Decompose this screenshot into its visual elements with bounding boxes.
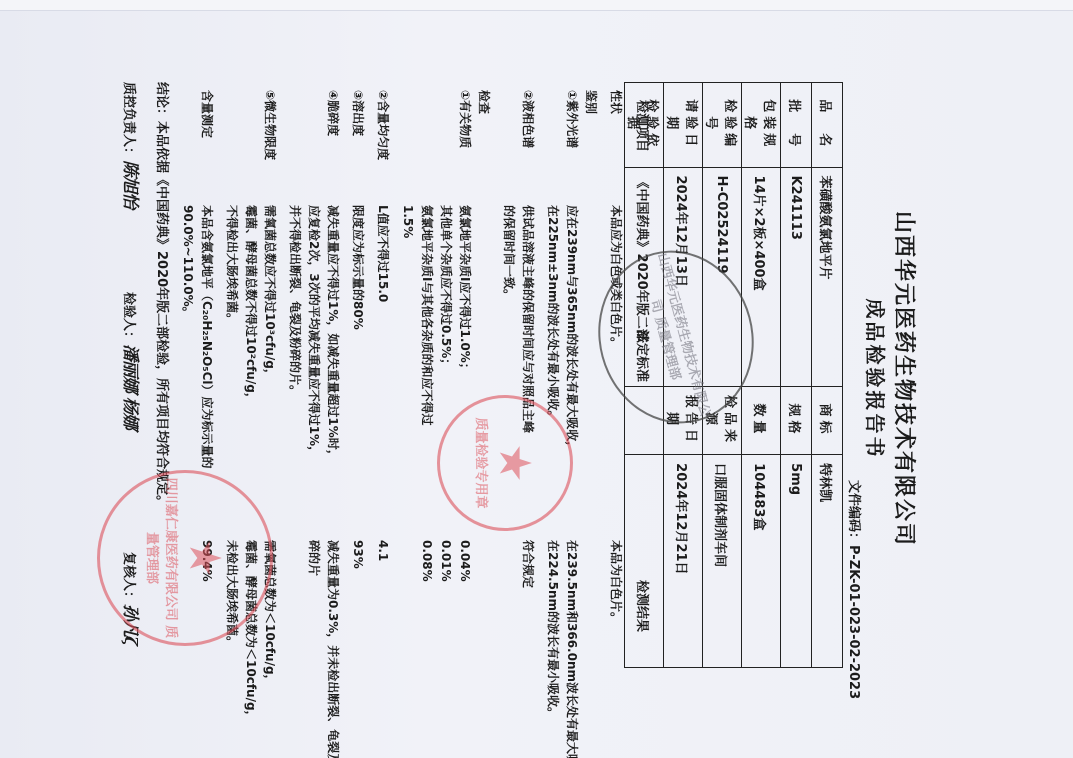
test-result: 0.04%0.01%0.08% — [398, 540, 493, 755]
info-value: 2024年12月21日 — [664, 455, 703, 668]
info-row: 品 名苯磺酸氨氯地平片商标特林凯 — [812, 83, 843, 668]
test-standard: 限度应为标示量的80% — [348, 205, 367, 535]
info-value: 口服固体制剂车间 — [703, 455, 742, 668]
reviewer-signature: 复核人：孙凡ζ — [120, 552, 145, 645]
info-row: 批 号K241113规格5mg — [781, 83, 812, 668]
info-row: 请验日期2024年12月13日报告日期2024年12月21日 — [664, 83, 703, 668]
info-label: 规格 — [781, 386, 812, 454]
info-value: 苯磺酸氨氯地平片 — [812, 167, 843, 386]
test-result: 93% — [348, 540, 367, 755]
test-standard: 本品含氨氯地平（C₂₀H₂₅N₂O₅Cl）应为标示量的90.0%~110.0%。 — [178, 205, 216, 535]
info-value: K241113 — [781, 167, 812, 386]
info-label: 品 名 — [812, 83, 843, 168]
test-standard: 应在239nm与365nm的波长处有最大吸收，在225nm±3nm的波长处有最小… — [543, 205, 600, 535]
test-result: 本品为白色片。 — [606, 540, 625, 755]
test-standard: 减失重量应不得过1%，如减失重量超过1%时，应复检2次，3次的平均减失重量应不得… — [285, 205, 342, 535]
info-row: 包装规格14片×2板×400盒数量104483盒 — [742, 83, 781, 668]
info-value: 特林凯 — [812, 455, 843, 668]
document-number: 文件编码：P-ZK-01-023-02-2023 — [846, 480, 865, 699]
test-item-name: 鉴别①紫外光谱 — [562, 90, 600, 200]
test-item-name: ②液相色谱 — [518, 90, 537, 200]
test-item-name: 含量测定 — [197, 90, 216, 200]
info-value: 14片×2板×400盒 — [742, 167, 781, 386]
test-standard: 本品应为白色或类白色片。 — [606, 205, 625, 535]
info-label: 检品来源 — [703, 386, 742, 454]
report-title: 成品检验报告书 — [862, 0, 891, 758]
info-label: 包装规格 — [742, 83, 781, 168]
info-value: 2024年12月13日 — [664, 167, 703, 386]
handwritten-signature: 孙凡ζ — [120, 604, 140, 645]
test-item-name: 检查①有关物质 — [455, 90, 493, 200]
test-result: 符合规定 — [518, 540, 537, 755]
test-result: 需氧菌总数为＜10cfu/g，霉菌、酵母菌总数为＜10cfu/g，未检出大肠埃希… — [222, 540, 279, 755]
handwritten-signature: 陈旭怡 — [120, 160, 140, 208]
inspection-report-page: 山西华元医药生物技术有限公司 成品检验报告书 文件编码：P-ZK-01-023-… — [0, 0, 1073, 758]
product-info-table: 品 名苯磺酸氨氯地平片商标特林凯批 号K241113规格5mg包装规格14片×2… — [624, 82, 843, 668]
info-label: 报告日期 — [664, 386, 703, 454]
test-result: 4.1 — [373, 540, 392, 755]
test-result: 减失重量为0.3%，并未检出断裂、龟裂及粉碎的片 — [285, 540, 342, 755]
test-item-name: ②含量均匀度 — [373, 90, 392, 200]
info-value: H-C02524119 — [703, 167, 742, 386]
column-header-standard: 法定标准 — [634, 330, 653, 382]
test-item-name: 性状 — [606, 90, 625, 200]
test-standard: 氨氯地平杂质Ⅰ应不得过1.0%；其他单个杂质应不得过0.5%；氨氯地平杂质Ⅰ与其… — [398, 205, 493, 535]
info-label: 商标 — [812, 386, 843, 454]
info-value: 5mg — [781, 455, 812, 668]
info-label: 检验编号 — [703, 83, 742, 168]
column-header-item: 检测项目 — [634, 100, 653, 152]
company-name: 山西华元医药生物技术有限公司 — [890, 0, 921, 758]
qc-manager-signature: 质控负责人：陈旭怡 — [120, 82, 145, 208]
handwritten-signature: 潘丽娜 杨娜 — [120, 344, 140, 429]
test-standard: 供试品溶液主峰的保留时间应与对照品主峰的保留时间一致。 — [499, 205, 537, 535]
test-item-name: ③溶出度 — [348, 90, 367, 200]
info-value: 104483盒 — [742, 455, 781, 668]
info-row: 检验编号H-C02524119检品来源口服固体制剂车间 — [703, 83, 742, 668]
conclusion: 结论：本品依据《中国药典》2020年版二部检验，所有项目均符合规定。 — [154, 82, 173, 508]
test-result: 99.4% — [178, 540, 216, 755]
info-value — [625, 455, 664, 668]
info-label: 数量 — [742, 386, 781, 454]
test-standard: L值应不得过15.0 — [373, 205, 392, 535]
test-standard: 需氧菌总数应不得过10³cfu/g，霉菌、酵母菌总数不得过10²cfu/g，不得… — [222, 205, 279, 535]
test-item-name: ④脆碎度 — [323, 90, 342, 200]
info-label: 请验日期 — [664, 83, 703, 168]
info-label — [625, 386, 664, 454]
info-label: 批 号 — [781, 83, 812, 168]
test-item-name: ⑤微生物限度 — [260, 90, 279, 200]
inspector-signature: 检验人：潘丽娜 杨娜 — [120, 292, 145, 429]
test-result: 在239.5nm和366.0nm波长处有最大吸收，在224.5nm的波长有最小吸… — [543, 540, 600, 755]
column-header-result: 检测结果 — [634, 580, 653, 632]
